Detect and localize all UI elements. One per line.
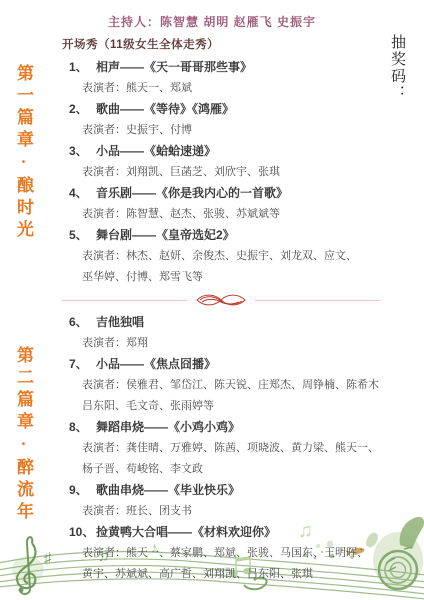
item-performers: 表演者：熊天一、郑斌 xyxy=(62,78,380,99)
item-title: 5、 舞台剧——《皇帝选妃2》 xyxy=(62,225,380,246)
program-item-8: 8、 舞蹈串烧——《小鸡小鸡》 表演者：龚佳晴、万雅婷、陈茜、项晓波、黄力梁、熊… xyxy=(62,417,380,480)
item-title: 4、 音乐剧——《你是我内心的一首歌》 xyxy=(62,183,380,204)
item-performers: 表演者：林杰、赵妍、余俊杰、史振宇、刘龙双、应文、 xyxy=(62,246,380,267)
program-item-1: 1、 相声——《天一哥哥那些事》 表演者：熊天一、郑斌 xyxy=(62,57,380,99)
item-performers: 表演者：陈智慧、赵杰、张骏、苏斌斌等 xyxy=(62,204,380,225)
item-number: 9、 xyxy=(69,480,96,501)
lottery-code-label: 抽奖码： xyxy=(387,34,408,102)
item-title-text: 小品——《焦点囧播》 xyxy=(96,354,380,375)
divider-line xyxy=(255,300,380,301)
item-title: 10、 捡黄鸭大合唱——《材料欢迎你》 xyxy=(62,522,380,543)
item-performers: 表演者：熊天一、蔡家鹏、郑斌、张骏、马国东、王明晖、 xyxy=(62,543,380,564)
program-list: 1、 相声——《天一哥哥那些事》 表演者：熊天一、郑斌 2、 歌曲——《等待》《… xyxy=(62,57,380,585)
item-title-text: 歌曲——《等待》《鸿雁》 xyxy=(96,99,380,120)
section-divider xyxy=(62,289,380,311)
item-title-text: 歌曲串烧——《毕业快乐》 xyxy=(96,480,380,501)
item-number: 5、 xyxy=(69,225,96,246)
program-item-4: 4、 音乐剧——《你是我内心的一首歌》 表演者：陈智慧、赵杰、张骏、苏斌斌等 xyxy=(62,183,380,225)
item-title: 8、 舞蹈串烧——《小鸡小鸡》 xyxy=(62,417,380,438)
divider-line xyxy=(62,300,187,301)
divider-flourish-icon xyxy=(194,292,248,308)
item-performers: 表演者：班长、团支书 xyxy=(62,501,380,522)
item-performers: 表演者：郑翔 xyxy=(62,333,380,354)
opening-show-line: 开场秀（11级女生全体走秀） xyxy=(62,36,219,52)
item-performers: 表演者：侯雅君、邹岱江、陈天锐、庄郑杰、周铮楠、陈希木 xyxy=(62,375,380,396)
item-number: 2、 xyxy=(69,99,96,120)
program-item-3: 3、 小品——《蛤蛤速递》 表演者：刘翔凯、巨菡芝、刘欣宇、张琪 xyxy=(62,141,380,183)
program-item-9: 9、 歌曲串烧——《毕业快乐》 表演者：班长、团支书 xyxy=(62,480,380,522)
item-title-text: 音乐剧——《你是我内心的一首歌》 xyxy=(96,183,380,204)
item-title-text: 捡黄鸭大合唱——《材料欢迎你》 xyxy=(96,522,380,543)
item-title: 2、 歌曲——《等待》《鸿雁》 xyxy=(62,99,380,120)
sharp-icon: ♯ xyxy=(44,550,52,567)
item-title-text: 小品——《蛤蛤速递》 xyxy=(96,141,380,162)
program-item-10: 10、 捡黄鸭大合唱——《材料欢迎你》 表演者：熊天一、蔡家鹏、郑斌、张骏、马国… xyxy=(62,522,380,585)
item-title: 9、 歌曲串烧——《毕业快乐》 xyxy=(62,480,380,501)
program-item-6: 6、 吉他独唱 表演者：郑翔 xyxy=(62,312,380,354)
item-performers: 表演者：史振宇、付博 xyxy=(62,120,380,141)
item-performers: 巫华婷、付博、郑雪飞等 xyxy=(62,267,380,288)
item-title-text: 吉他独唱 xyxy=(96,312,380,333)
item-performers: 表演者：刘翔凯、巨菡芝、刘欣宇、张琪 xyxy=(62,162,380,183)
item-title: 1、 相声——《天一哥哥那些事》 xyxy=(62,57,380,78)
hosts-line: 主持人：陈智慧 胡明 赵雁飞 史振宇 xyxy=(0,13,424,30)
item-number: 10、 xyxy=(69,522,96,543)
item-number: 3、 xyxy=(69,141,96,162)
item-performers: 黄宇、苏斌斌、高广哲、刘翔凯、吕东阳、张琪 xyxy=(62,564,380,585)
item-title-text: 舞台剧——《皇帝选妃2》 xyxy=(96,225,380,246)
item-performers: 表演者：龚佳晴、万雅婷、陈茜、项晓波、黄力梁、熊天一、 xyxy=(62,438,380,459)
program-item-7: 7、 小品——《焦点囧播》 表演者：侯雅君、邹岱江、陈天锐、庄郑杰、周铮楠、陈希… xyxy=(62,354,380,417)
chapter-two-label: 第二篇章·醉流年 xyxy=(11,346,36,524)
item-number: 8、 xyxy=(69,417,96,438)
item-title-text: 舞蹈串烧——《小鸡小鸡》 xyxy=(96,417,380,438)
item-performers: 杨子晋、苟峻铭、李文政 xyxy=(62,459,380,480)
item-title-text: 相声——《天一哥哥那些事》 xyxy=(96,57,380,78)
item-number: 1、 xyxy=(69,57,96,78)
item-title: 7、 小品——《焦点囧播》 xyxy=(62,354,380,375)
program-page: 主持人：陈智慧 胡明 赵雁飞 史振宇 开场秀（11级女生全体走秀） 第一篇章·酿… xyxy=(0,0,424,600)
item-title: 6、 吉他独唱 xyxy=(62,312,380,333)
item-title: 3、 小品——《蛤蛤速递》 xyxy=(62,141,380,162)
chapter-one-label: 第一篇章·酿时光 xyxy=(11,64,36,242)
program-item-5: 5、 舞台剧——《皇帝选妃2》 表演者：林杰、赵妍、余俊杰、史振宇、刘龙双、应文… xyxy=(62,225,380,288)
program-item-2: 2、 歌曲——《等待》《鸿雁》 表演者：史振宇、付博 xyxy=(62,99,380,141)
item-number: 7、 xyxy=(69,354,96,375)
item-performers: 吕东阳、毛文奇、张雨婷等 xyxy=(62,396,380,417)
item-number: 6、 xyxy=(69,312,96,333)
item-number: 4、 xyxy=(69,183,96,204)
